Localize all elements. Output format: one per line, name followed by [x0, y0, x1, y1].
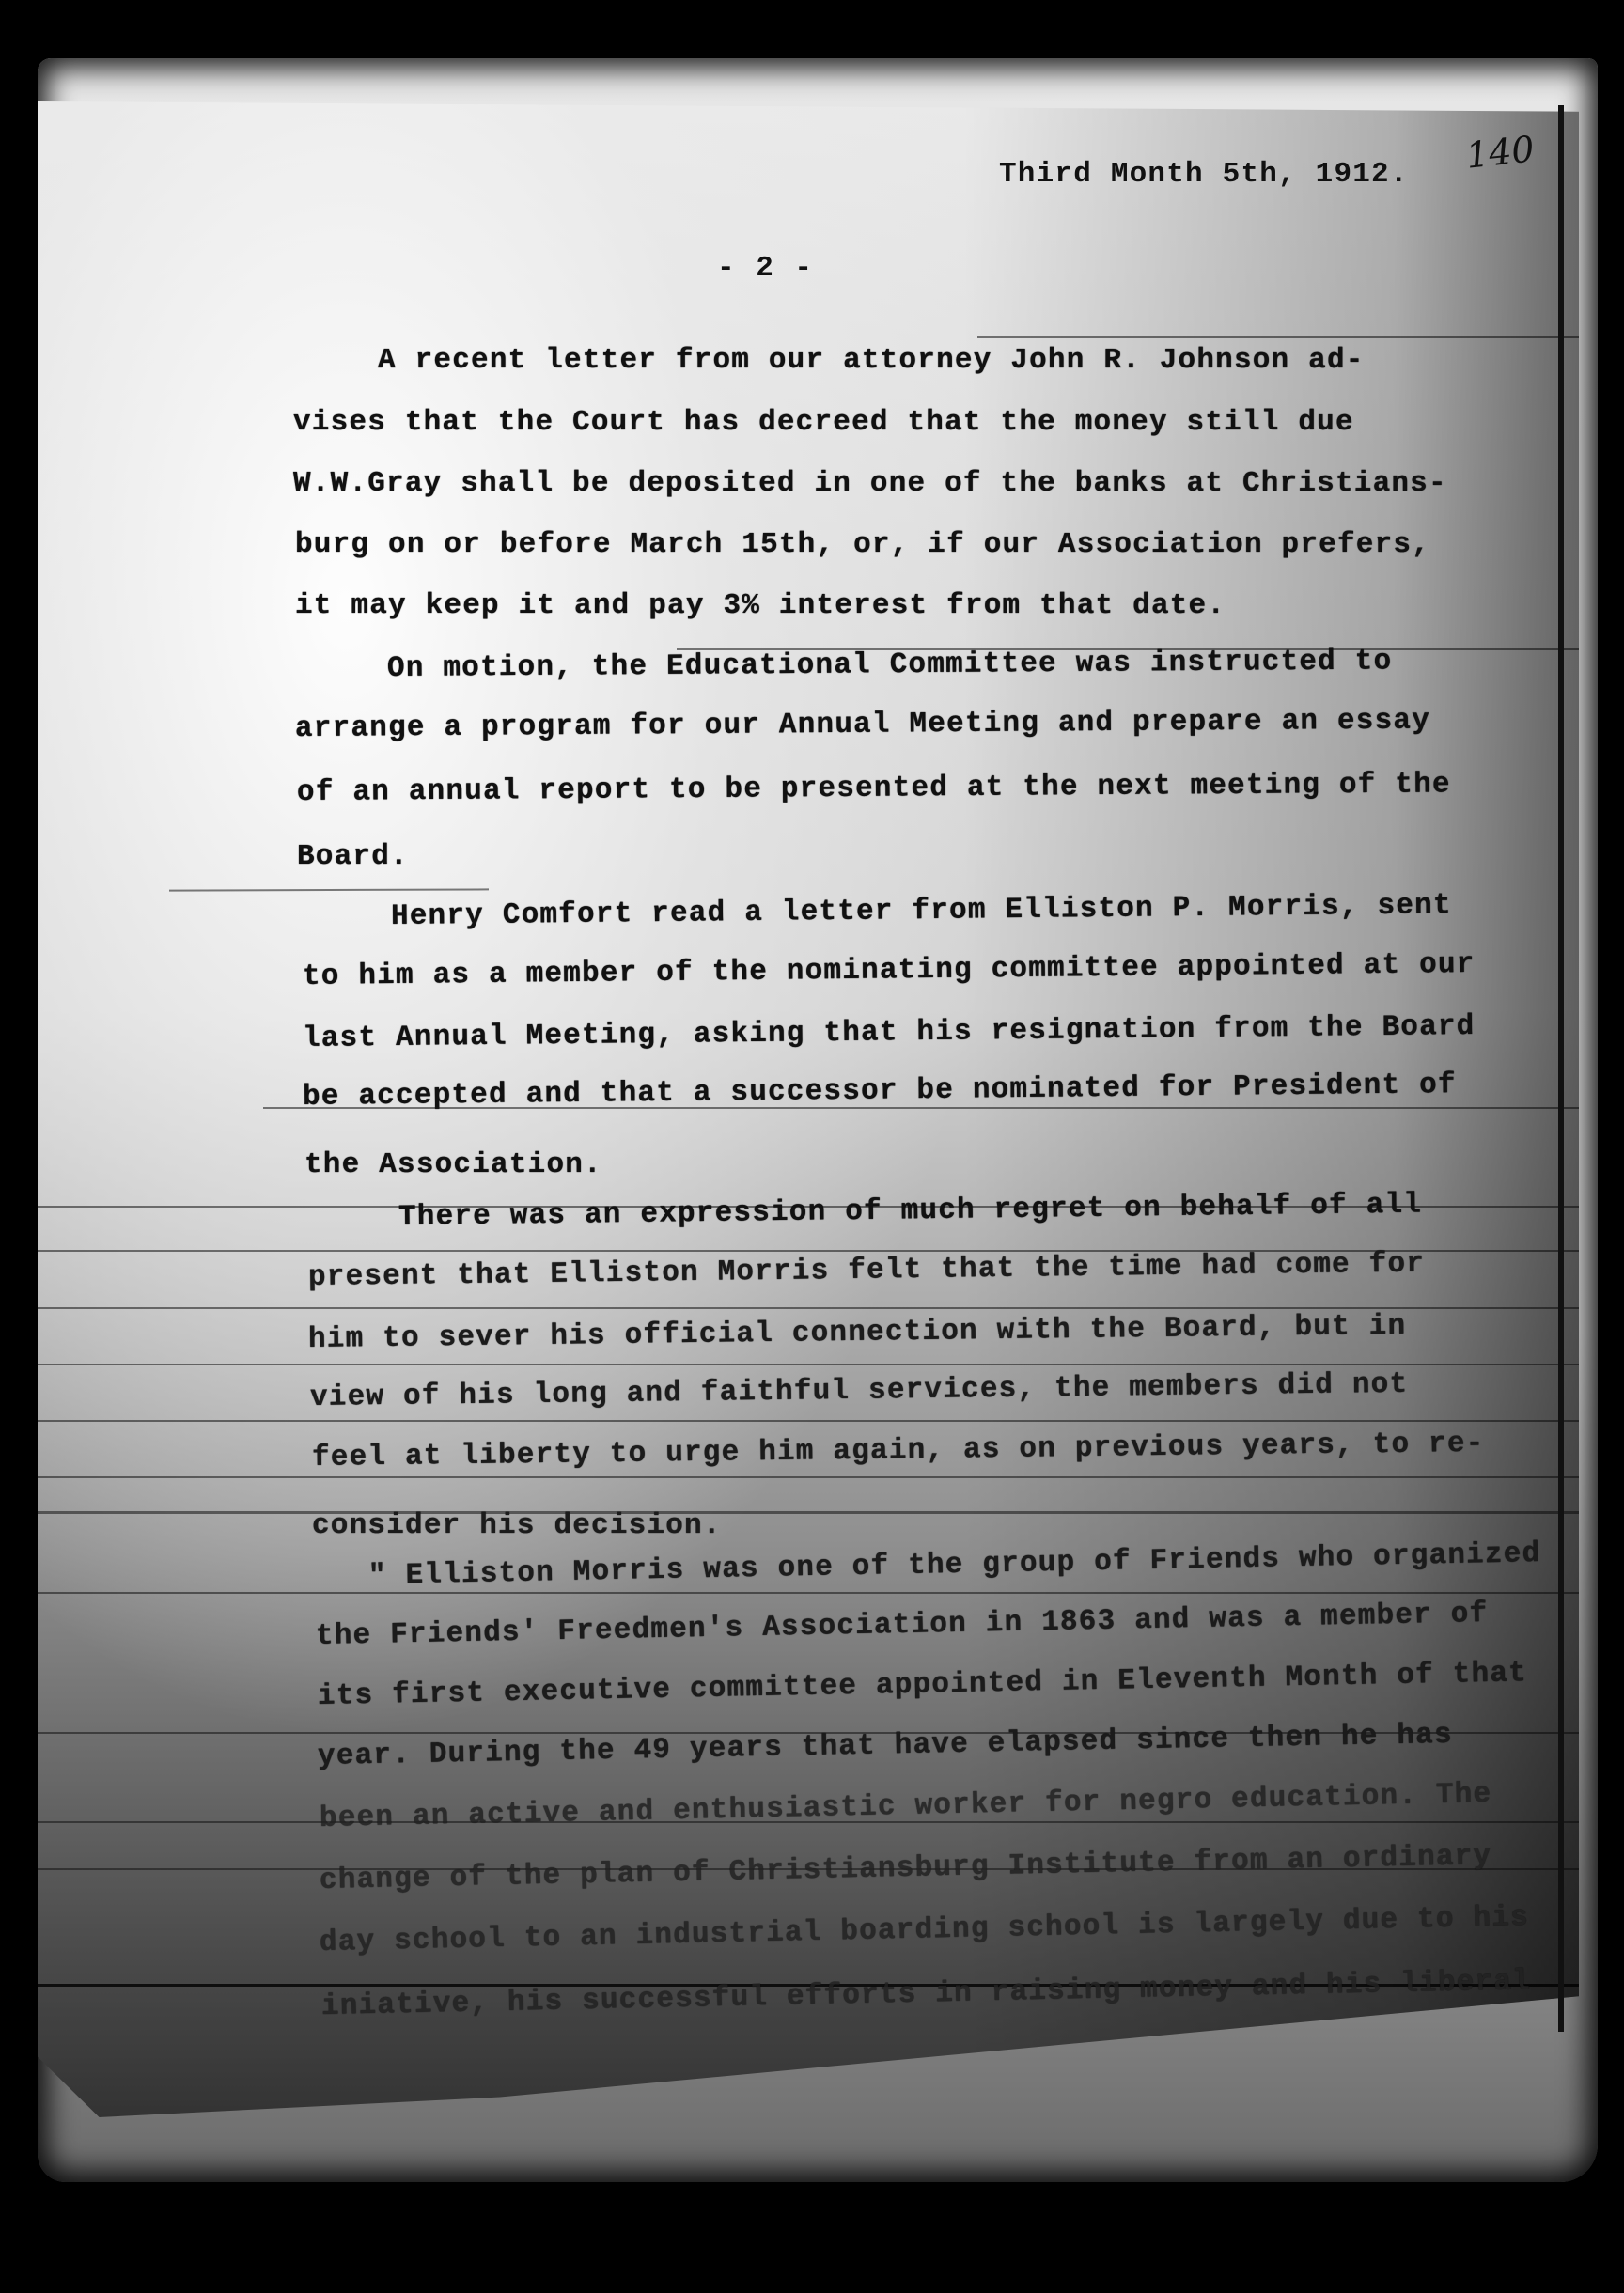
text-line: vises that the Court has decreed that th… [293, 406, 1354, 439]
text-line: A recent letter from our attorney John R… [378, 344, 1365, 377]
ruled-line [38, 1364, 1579, 1365]
text-line: burg on or before March 15th, or, if our… [295, 528, 1430, 561]
text-line: consider his decision. [312, 1509, 722, 1542]
ruled-line [38, 1420, 1579, 1422]
ruled-line [38, 1307, 1579, 1309]
page-edge-shadow [1558, 105, 1564, 2032]
ruled-line [38, 1476, 1579, 1478]
ruled-line [977, 336, 1579, 338]
ruled-line [38, 1592, 1579, 1594]
text-line: the Association. [304, 1148, 602, 1181]
handwritten-page-number: 140 [1464, 128, 1537, 176]
text-line: On motion, the Educational Committee was… [387, 646, 1393, 685]
page-marker: - 2 - [717, 252, 814, 285]
ruled-line [38, 1511, 1579, 1514]
text-line: Board. [297, 840, 409, 873]
text-line: it may keep it and pay 3% interest from … [295, 589, 1226, 622]
text-line: W.W.Gray shall be deposited in one of th… [293, 467, 1447, 500]
ruled-line [169, 888, 489, 891]
document-date: Third Month 5th, 1912. [999, 158, 1409, 191]
